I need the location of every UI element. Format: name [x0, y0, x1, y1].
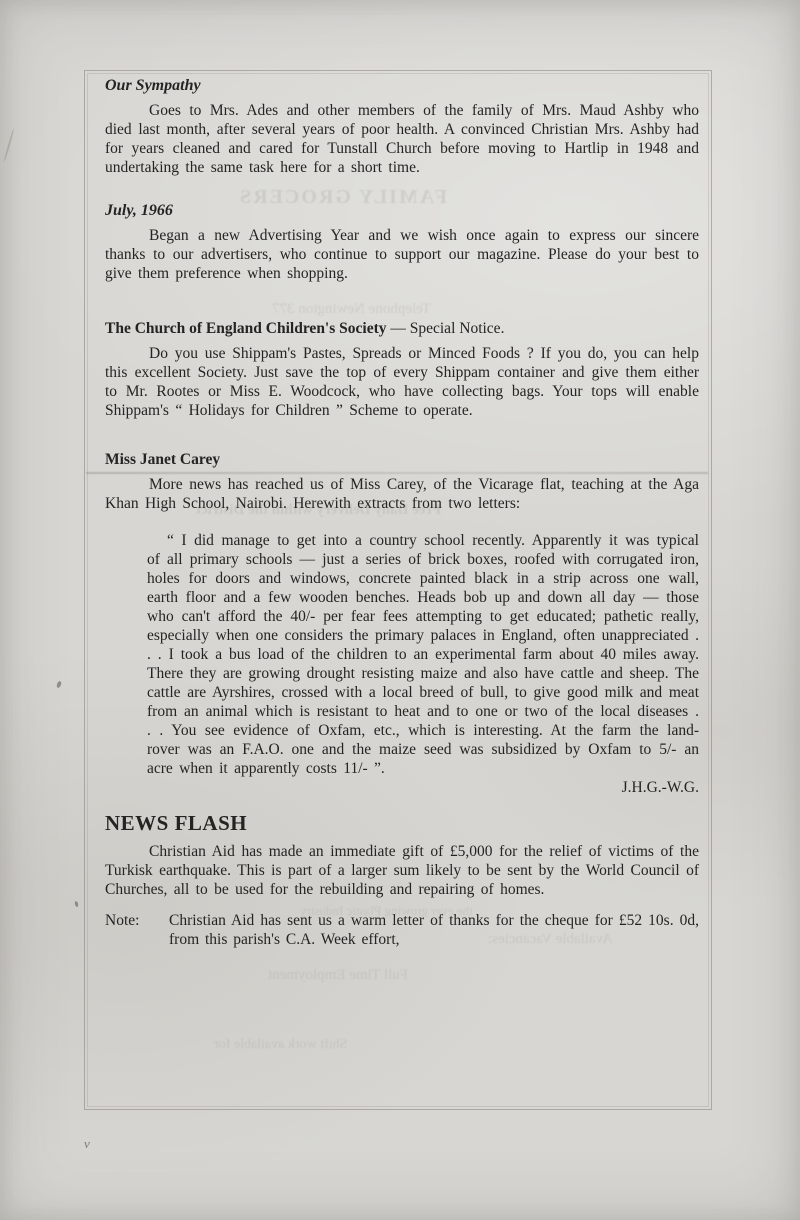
children-society-title: The Church of England Children's Society [105, 320, 387, 337]
children-society-subtitle: — Special Notice. [387, 320, 505, 337]
paragraph-our-sympathy: Goes to Mrs. Ades and other members of t… [105, 101, 699, 177]
paragraph-children-society: Do you use Shippam's Pastes, Spreads or … [105, 344, 699, 420]
note-label: Note: [105, 911, 169, 949]
scanned-magazine-page: FAMILY GROCERS Telephone Newington 377 F… [0, 0, 800, 1220]
paragraph-janet-carey-intro: More news has reached us of Miss Carey, … [105, 475, 699, 513]
bleedthrough-text: Full Time Employment [268, 967, 408, 984]
letter-signature: J.H.G.-W.G. [105, 778, 699, 797]
paragraph-july-1966: Began a new Advertising Year and we wish… [105, 226, 699, 283]
bleedthrough-text: Shift work available for [214, 1037, 347, 1053]
scan-speck [3, 128, 14, 161]
letter-extract-quote: “ I did manage to get into a country sch… [147, 531, 699, 778]
section-heading-news-flash: NEWS FLASH [105, 810, 699, 836]
page-content: Our Sympathy Goes to Mrs. Ades and other… [105, 76, 699, 949]
scan-speck [56, 681, 62, 689]
section-heading-children-society: The Church of England Children's Society… [105, 319, 699, 338]
scan-speck [74, 901, 78, 908]
note-body: Christian Aid has sent us a warm letter … [169, 911, 699, 949]
pen-check-mark: v [84, 1136, 90, 1152]
section-heading-our-sympathy: Our Sympathy [105, 76, 699, 95]
paragraph-news-flash: Christian Aid has made an immediate gift… [105, 842, 699, 899]
section-heading-janet-carey: Miss Janet Carey [105, 450, 699, 469]
news-flash-note: Note: Christian Aid has sent us a warm l… [105, 911, 699, 949]
section-heading-july-1966: July, 1966 [105, 201, 699, 220]
